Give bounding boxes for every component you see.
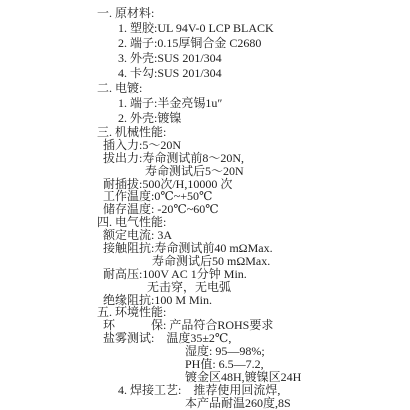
page: 一. 原材料:1. 塑胶:UL 94V-0 LCP BLACK2. 端子:0.1… [0,0,410,410]
document-line: 寿命测试后5～20N [97,165,410,178]
document-line: 2. 外壳:镀镍 [97,111,410,126]
document-line: 4. 焊接工艺: 推荐使用回流焊, [97,384,410,397]
document-line: 二. 电镀: [97,81,410,96]
document-line: 接触阻抗:寿命测试前40 mΩMax. [97,242,410,255]
document-line: 本产品耐温260度,8S [97,397,410,410]
document-line: 三. 机械性能: [97,126,410,139]
document-line: 镀金区48H,镀镍区24H [97,371,410,384]
document-line: 寿命测试后50 mΩMax. [97,255,410,268]
document-line: 耐高压:100V AC 1分钟 Min. [97,268,410,281]
document-line: 插入力:5～20N [97,139,410,152]
document-line: 1. 塑胶:UL 94V-0 LCP BLACK [97,21,410,36]
document-line: 拔出力:寿命测试前8～20N, [97,152,410,165]
document-line: 2. 端子:0.15厚铜合金 C2680 [97,36,410,51]
document-line: 一. 原材料: [97,6,410,21]
document-line: PH值: 6.5—7.2, [97,358,410,371]
document-line: 4. 卡勾:SUS 201/304 [97,66,410,81]
document-line: 1. 端子:半金亮锡1u″ [97,96,410,111]
spec-document: 一. 原材料:1. 塑胶:UL 94V-0 LCP BLACK2. 端子:0.1… [97,6,410,410]
document-line: 3. 外壳:SUS 201/304 [97,51,410,66]
document-line: 无击穿，无电弧 [97,281,410,294]
